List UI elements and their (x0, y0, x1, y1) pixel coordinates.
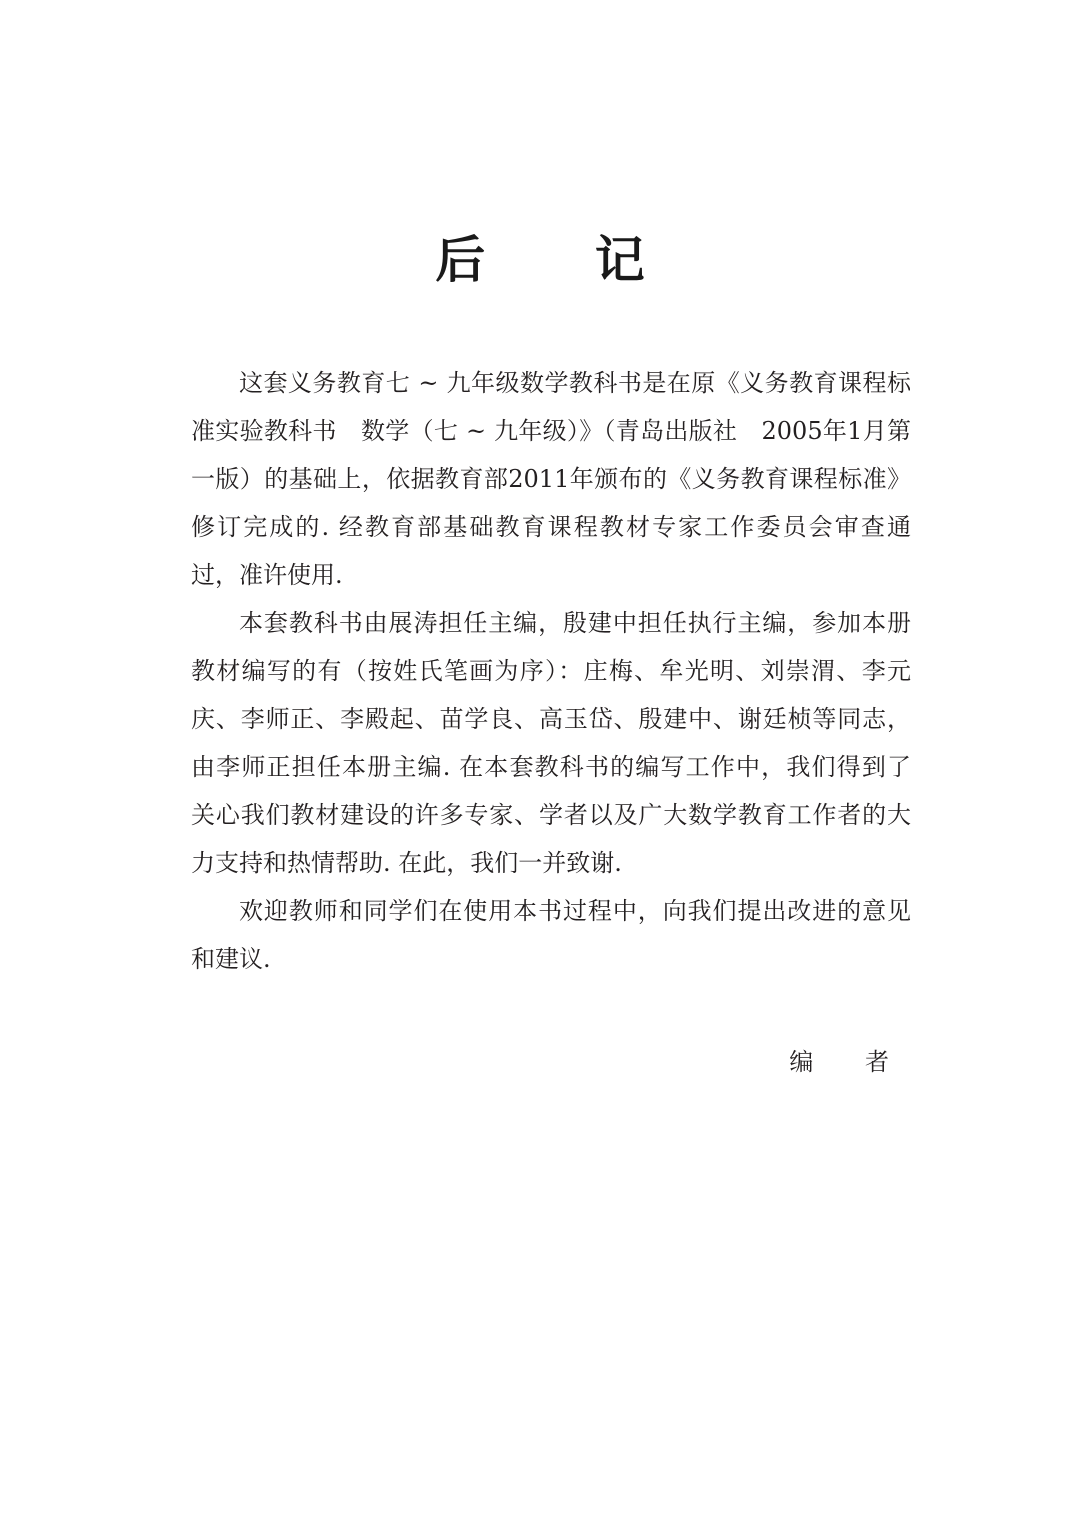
paragraph-1: 这套义务教育七 ~ 九年级数学教科书是在原《义务教育课程标 准实验教科书 数学（… (191, 359, 911, 599)
text-line: 力支持和热情帮助. 在此，我们一并致谢. (191, 839, 911, 887)
text-line: 教材编写的有（按姓氏笔画为序）：庄梅、牟光明、刘崇渭、李元 (191, 647, 911, 695)
paragraph-2: 本套教科书由展涛担任主编，殷建中担任执行主编，参加本册 教材编写的有（按姓氏笔画… (191, 599, 911, 887)
page-title: 后 记 (0, 228, 1080, 292)
signature: 编 者 (780, 1038, 911, 1086)
body-text: 这套义务教育七 ~ 九年级数学教科书是在原《义务教育课程标 准实验教科书 数学（… (191, 359, 911, 983)
document-page: 后 记 这套义务教育七 ~ 九年级数学教科书是在原《义务教育课程标 准实验教科书… (0, 0, 1080, 1528)
text-line: 由李师正担任本册主编. 在本套教科书的编写工作中，我们得到了 (191, 743, 911, 791)
text-line: 和建议. (191, 935, 911, 983)
text-line: 欢迎教师和同学们在使用本书过程中，向我们提出改进的意见 (191, 887, 911, 935)
text-line: 这套义务教育七 ~ 九年级数学教科书是在原《义务教育课程标 (191, 359, 911, 407)
text-line: 关心我们教材建设的许多专家、学者以及广大数学教育工作者的大 (191, 791, 911, 839)
text-line: 一版）的基础上，依据教育部2011年颁布的《义务教育课程标准》 (191, 455, 911, 503)
text-line: 修订完成的. 经教育部基础教育课程教材专家工作委员会审查通 (191, 503, 911, 551)
text-line: 庆、李师正、李殿起、苗学良、高玉岱、殷建中、谢廷桢等同志， (191, 695, 911, 743)
text-line: 本套教科书由展涛担任主编，殷建中担任执行主编，参加本册 (191, 599, 911, 647)
text-line: 过，准许使用. (191, 551, 911, 599)
text-line: 准实验教科书 数学（七 ~ 九年级）》（青岛出版社 2005年1月第 (191, 407, 911, 455)
paragraph-3: 欢迎教师和同学们在使用本书过程中，向我们提出改进的意见 和建议. (191, 887, 911, 983)
